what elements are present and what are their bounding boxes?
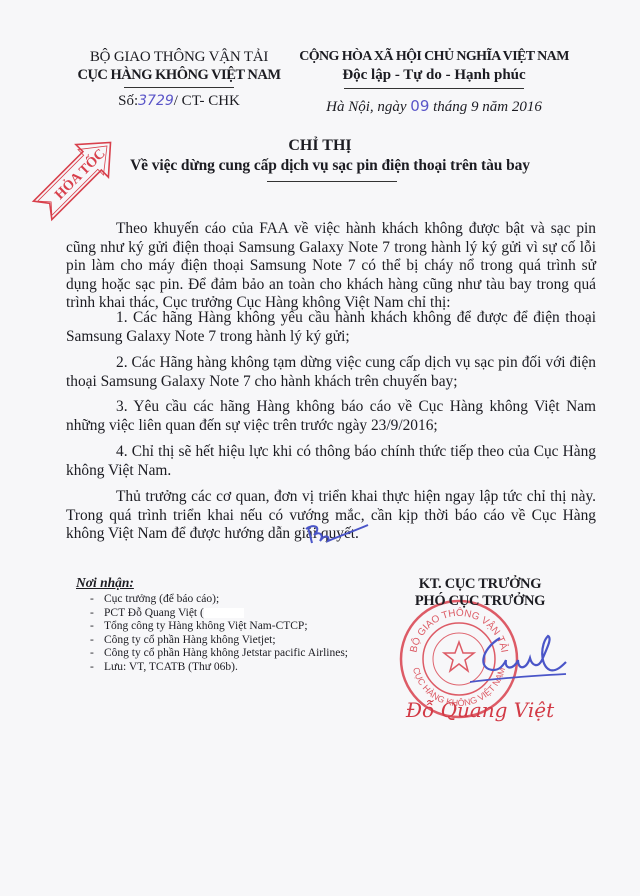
- redacted-area: [204, 608, 244, 618]
- recipients-title: Nơi nhận:: [76, 575, 376, 591]
- directive-item-4: 4. Chỉ thị sẽ hết hiệu lực khi có thông …: [66, 443, 596, 488]
- recipient-item: -Lưu: VT, TCATB (Thư 06b).: [90, 661, 376, 675]
- national-motto: Độc lập - Tự do - Hạnh phúc: [288, 66, 580, 84]
- signer-title: KT. CỤC TRƯỞNG: [380, 576, 580, 593]
- directive-text: 3. Yêu cầu các hãng Hàng không báo cáo v…: [66, 398, 596, 435]
- doc-number-suffix: / CT- CHK: [174, 93, 240, 109]
- signer-name: Đỗ Quang Việt: [390, 698, 570, 722]
- divider: [267, 181, 397, 182]
- date-line: Hà Nội, ngày 09 tháng 9 năm 2016: [288, 97, 580, 116]
- recipient-item: -Tổng công ty Hàng không Việt Nam-CTCP;: [90, 620, 376, 634]
- issuing-authority: BỘ GIAO THÔNG VẬN TẢI CỤC HÀNG KHÔNG VIỆ…: [64, 48, 294, 110]
- intro-paragraph: Theo khuyến cáo của FAA về việc hành khá…: [66, 220, 596, 313]
- recipient-item: -Công ty cổ phần Hàng không Vietjet;: [90, 634, 376, 648]
- divider: [344, 88, 524, 89]
- date-rest: tháng 9 năm 2016: [433, 99, 542, 115]
- recipient-item: -Cục trưởng (để báo cáo);: [90, 593, 376, 607]
- national-header: CỘNG HÒA XÃ HỘI CHỦ NGHĨA VIỆT NAM Độc l…: [288, 48, 580, 116]
- signature-block: KT. CỤC TRƯỞNG PHÓ CỤC TRƯỞNG: [380, 576, 580, 610]
- body-intro: Theo khuyến cáo của FAA về việc hành khá…: [66, 220, 596, 321]
- directive-item-2: 2. Các Hãng hàng không tạm dừng việc cun…: [66, 354, 596, 399]
- directive-text: 1. Các hãng Hàng không yêu cầu hành khác…: [66, 309, 596, 346]
- directive-item-3: 3. Yêu cầu các hãng Hàng không báo cáo v…: [66, 398, 596, 443]
- recipient-item: -Công ty cổ phần Hàng không Jetstar paci…: [90, 647, 376, 661]
- signer-position: PHÓ CỤC TRƯỞNG: [380, 593, 580, 610]
- directive-text: 2. Các Hãng hàng không tạm dừng việc cun…: [66, 354, 596, 391]
- directive-item-1: 1. Các hãng Hàng không yêu cầu hành khác…: [66, 309, 596, 354]
- document-page: BỘ GIAO THÔNG VẬN TẢI CỤC HÀNG KHÔNG VIỆ…: [0, 0, 640, 896]
- doc-number-handwritten: 3729: [138, 93, 174, 109]
- initials-scribble-icon: [302, 519, 372, 549]
- date-prefix: Hà Nội, ngày: [326, 99, 406, 115]
- handwritten-signature: [470, 630, 570, 690]
- document-subject: Về việc dừng cung cấp dịch vụ sạc pin đi…: [110, 157, 550, 175]
- recipients-list: -Cục trưởng (để báo cáo); -PCT Đỗ Quang …: [90, 593, 376, 674]
- republic-name: CỘNG HÒA XÃ HỘI CHỦ NGHĨA VIỆT NAM: [288, 48, 580, 66]
- doc-number-prefix: Số:: [118, 93, 138, 109]
- date-day-handwritten: 09: [410, 97, 429, 115]
- divider: [124, 87, 234, 88]
- recipient-item: -PCT Đỗ Quang Việt (: [90, 607, 376, 621]
- recipients-block: Nơi nhận: -Cục trưởng (để báo cáo); -PCT…: [76, 575, 376, 674]
- initials-mark: [302, 519, 372, 549]
- signature-scribble-icon: [470, 630, 570, 690]
- document-number: Số:3729/ CT- CHK: [64, 92, 294, 110]
- ministry-name: BỘ GIAO THÔNG VẬN TẢI: [64, 48, 294, 66]
- department-name: CỤC HÀNG KHÔNG VIỆT NAM: [64, 66, 294, 84]
- document-type: CHỈ THỊ: [0, 137, 640, 155]
- directive-text: 4. Chỉ thị sẽ hết hiệu lực khi có thông …: [66, 443, 596, 480]
